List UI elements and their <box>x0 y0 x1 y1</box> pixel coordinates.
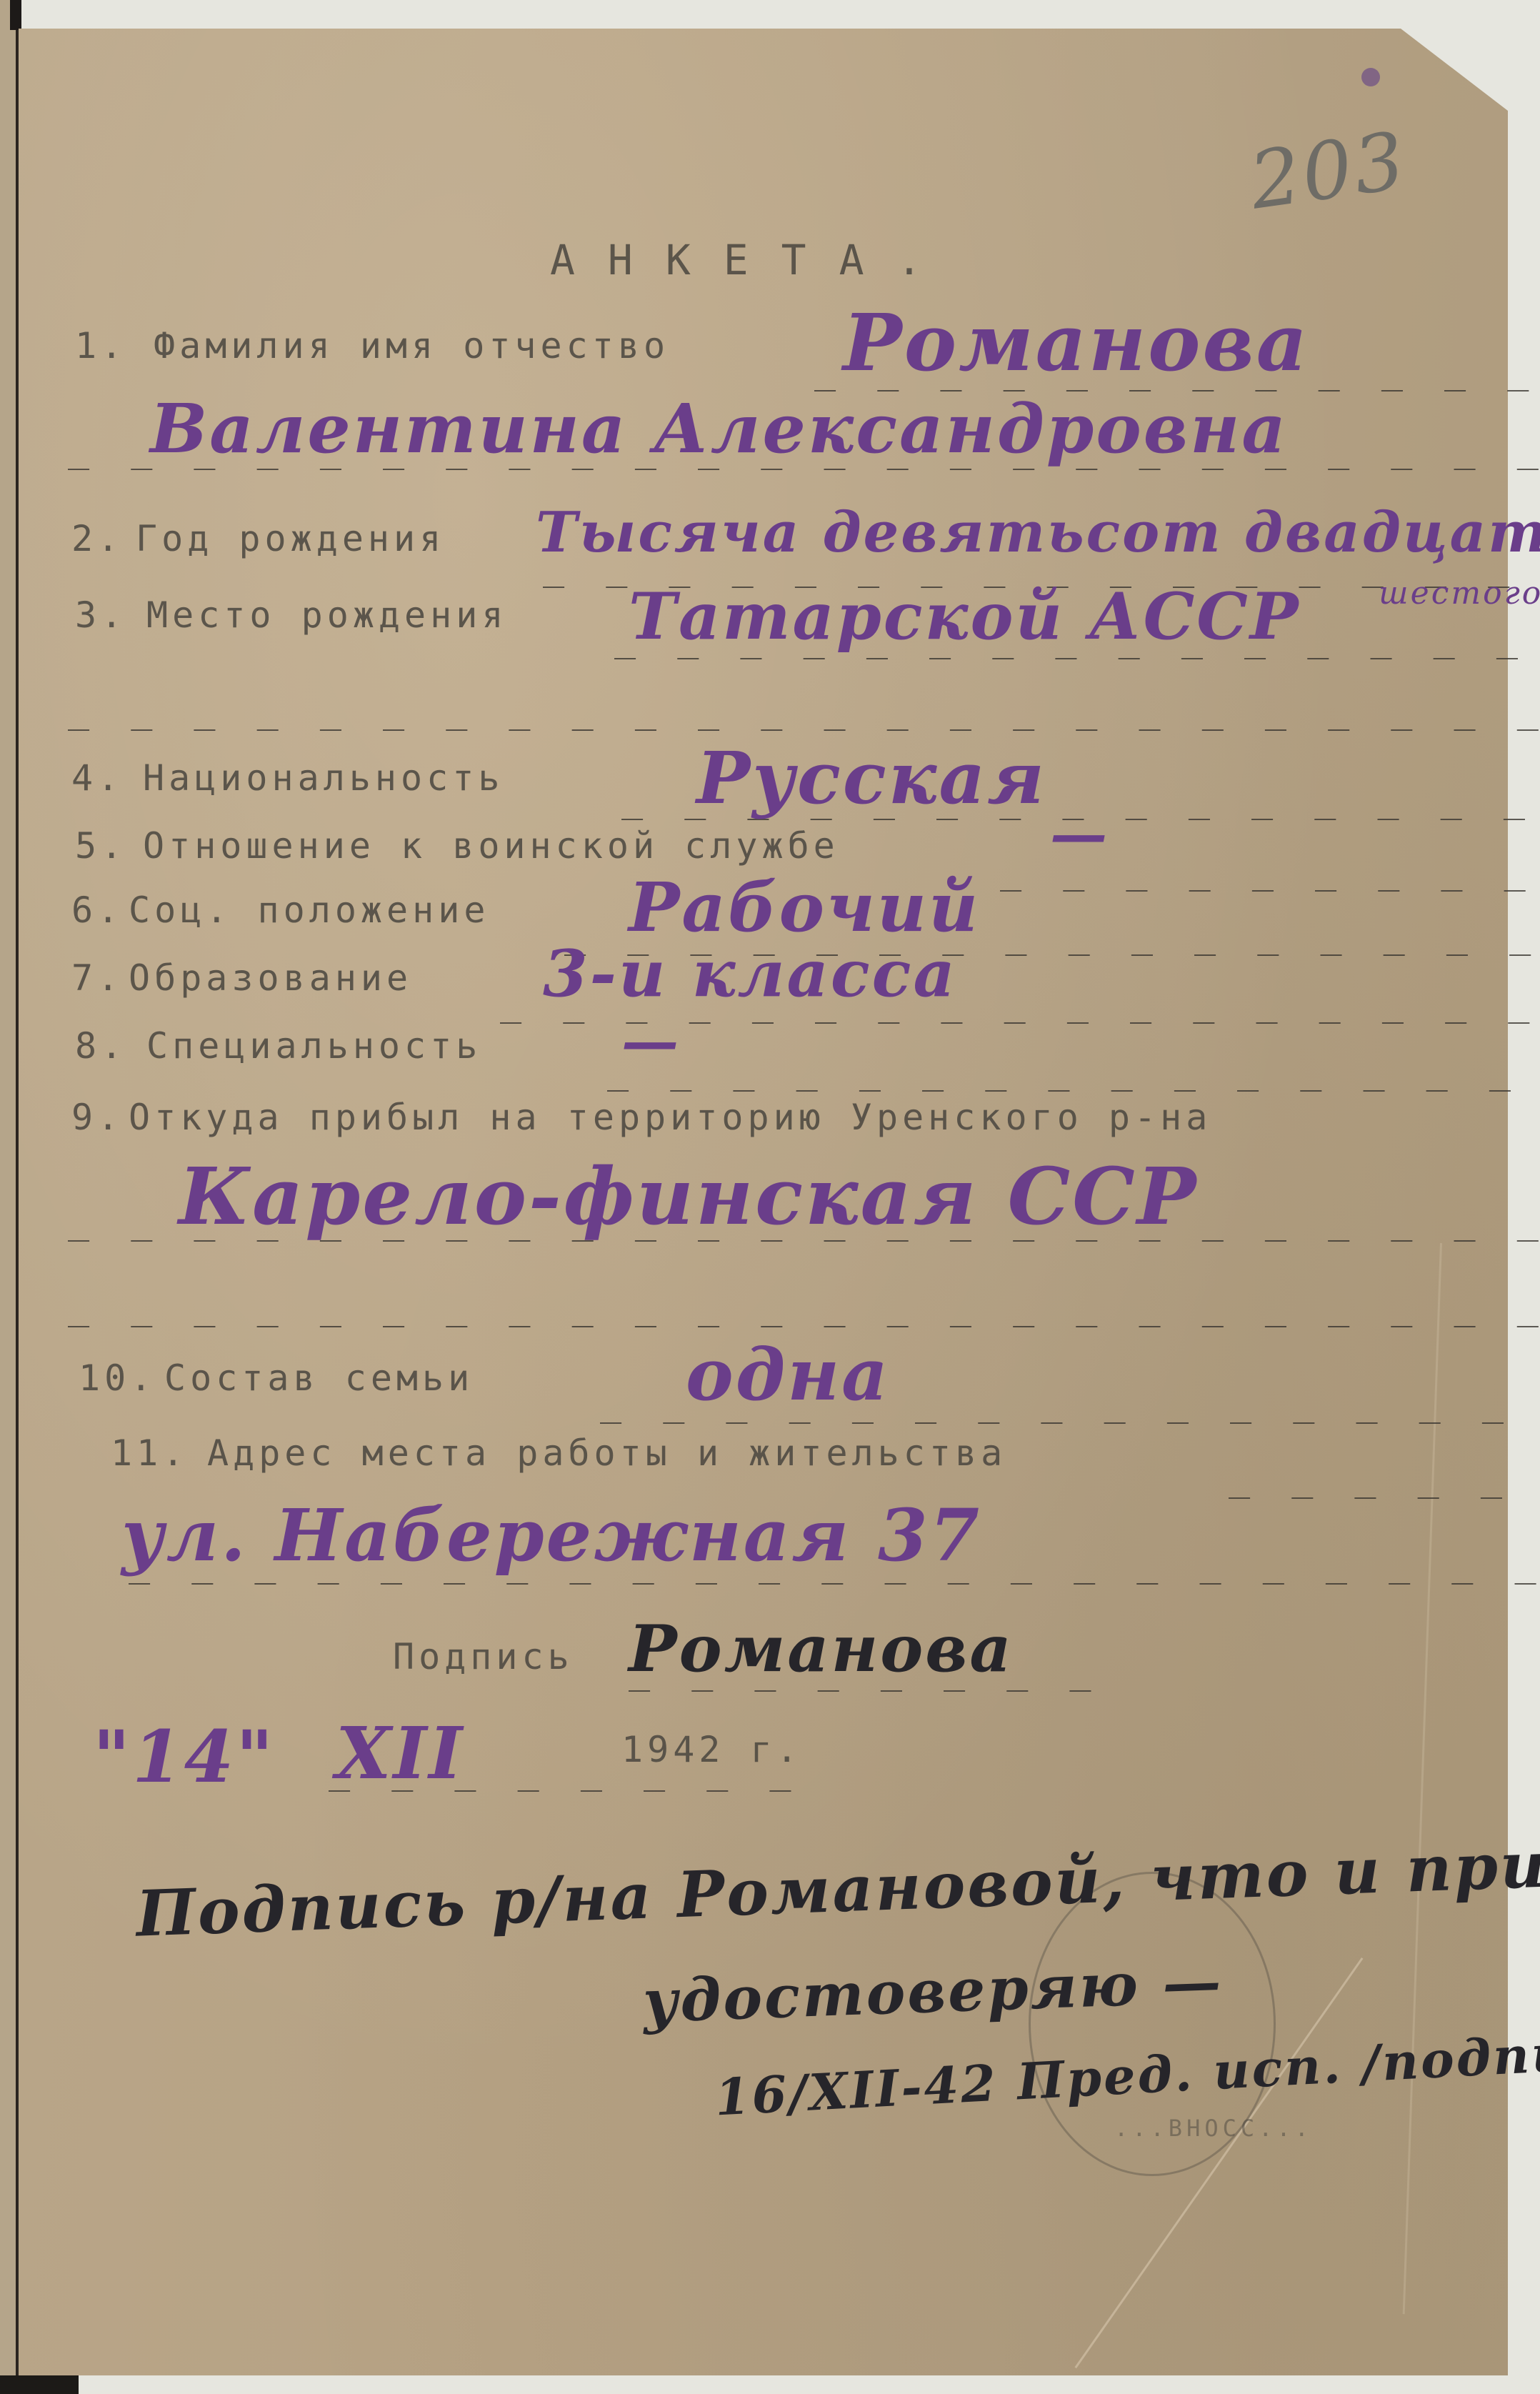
field-7-value: 3-и класса <box>543 936 957 1012</box>
field-7-number: 7. <box>71 957 123 999</box>
field-8-dashes: _ _ _ _ _ _ _ _ _ _ _ _ _ _ _ _ _ _ _ <box>607 1050 1540 1092</box>
stamp-text: ...ВНОСС... <box>1114 2115 1313 2142</box>
field-11-number: 11. <box>111 1432 188 1474</box>
binding-strip <box>0 0 17 2394</box>
field-3-number: 3. <box>75 594 126 636</box>
binding-shadow-top <box>10 0 21 30</box>
field-2-label: Год рождения <box>136 518 445 559</box>
field-8-label: Специальность <box>146 1025 481 1067</box>
field-1-value-surname: Романова <box>843 296 1309 389</box>
field-8-value: — <box>621 1007 681 1074</box>
field-11-value: ул. Набережная 37 <box>121 1493 981 1577</box>
field-5-label: Отношение к воинской службе <box>143 825 839 867</box>
field-10-label: Состав семьи <box>164 1357 474 1399</box>
field-4-value: Русская <box>696 736 1046 820</box>
field-9-label: Откуда прибыл на территорию Уренского р-… <box>129 1097 1211 1138</box>
field-9-value: Карело-финская ССР <box>179 1150 1199 1242</box>
field-2-number: 2. <box>71 518 123 559</box>
field-9-number: 9. <box>71 1097 123 1138</box>
field-2-value: Тысяча девятьсот двадцать <box>536 500 1540 565</box>
date-day: "14" <box>93 1715 275 1799</box>
form-title: АНКЕТА. <box>550 236 954 284</box>
field-1-value-name: Валентина Александровна <box>150 389 1288 469</box>
applicant-signature: Романова <box>629 1611 1014 1687</box>
field-4-number: 4. <box>71 757 123 799</box>
ink-spot <box>1361 68 1380 86</box>
field-3-value: Татарской АССР <box>629 579 1301 654</box>
field-2-value-note: шестого <box>1379 575 1540 612</box>
field-6-label: Соц. положение <box>129 889 489 931</box>
field-4-label: Национальность <box>143 757 504 799</box>
date-year: 1942 г. <box>621 1729 802 1770</box>
field-5-value: — <box>1050 800 1109 867</box>
field-8-number: 8. <box>75 1025 126 1067</box>
field-3-label: Место рождения <box>146 594 507 636</box>
date-month: XII <box>336 1711 464 1795</box>
field-3-dashes-line2: _ _ _ _ _ _ _ _ _ _ _ _ _ _ _ _ _ _ _ _ … <box>68 689 1540 731</box>
field-10-value: одна <box>686 1332 890 1417</box>
field-11-label: Адрес места работы и жительства <box>207 1432 1006 1474</box>
field-1-number: 1. <box>75 325 126 366</box>
field-5-number: 5. <box>75 825 126 867</box>
signature-label: Подпись <box>393 1636 574 1677</box>
field-7-label: Образование <box>129 957 412 999</box>
field-1-label: Фамилия имя отчество <box>154 325 669 366</box>
binding-shadow-bottom <box>0 2375 79 2394</box>
field-6-number: 6. <box>71 889 123 931</box>
field-11-dashes: _ _ _ _ _ <box>1229 1457 1512 1499</box>
field-9-dashes-line2: _ _ _ _ _ _ _ _ _ _ _ _ _ _ _ _ _ _ _ _ … <box>68 1286 1540 1327</box>
field-10-number: 10. <box>79 1357 156 1399</box>
